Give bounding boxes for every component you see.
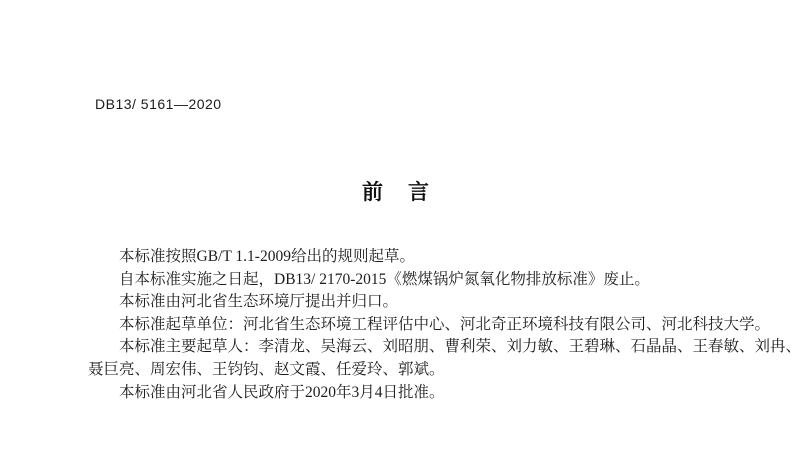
body-line: 本标准由河北省人民政府于2020年3月4日批准。 <box>88 382 748 405</box>
body-line: 本标准起草单位：河北省生态环境工程评估中心、河北奇正环境科技有限公司、河北科技大… <box>88 314 748 337</box>
body-line: 本标准按照GB/T 1.1-2009给出的规则起草。 <box>88 246 748 269</box>
document-title: 前 言 <box>0 176 793 206</box>
body-line: 本标准由河北省生态环境厅提出并归口。 <box>88 291 748 314</box>
body-line: 自本标准实施之日起，DB13/ 2170-2015《燃煤锅炉氮氧化物排放标准》废… <box>88 269 748 292</box>
foreword-body: 本标准按照GB/T 1.1-2009给出的规则起草。自本标准实施之日起，DB13… <box>88 246 748 404</box>
body-line: 本标准主要起草人：李清龙、吴海云、刘昭朋、曹利荣、刘力敏、王碧琳、石晶晶、王春敏… <box>88 336 748 359</box>
standard-number: DB13/ 5161—2020 <box>95 96 222 112</box>
body-line: 聂巨亮、周宏伟、王钧钧、赵文霞、任爱玲、郭斌。 <box>88 359 748 382</box>
document-page: DB13/ 5161—2020 前 言 本标准按照GB/T 1.1-2009给出… <box>0 0 793 464</box>
